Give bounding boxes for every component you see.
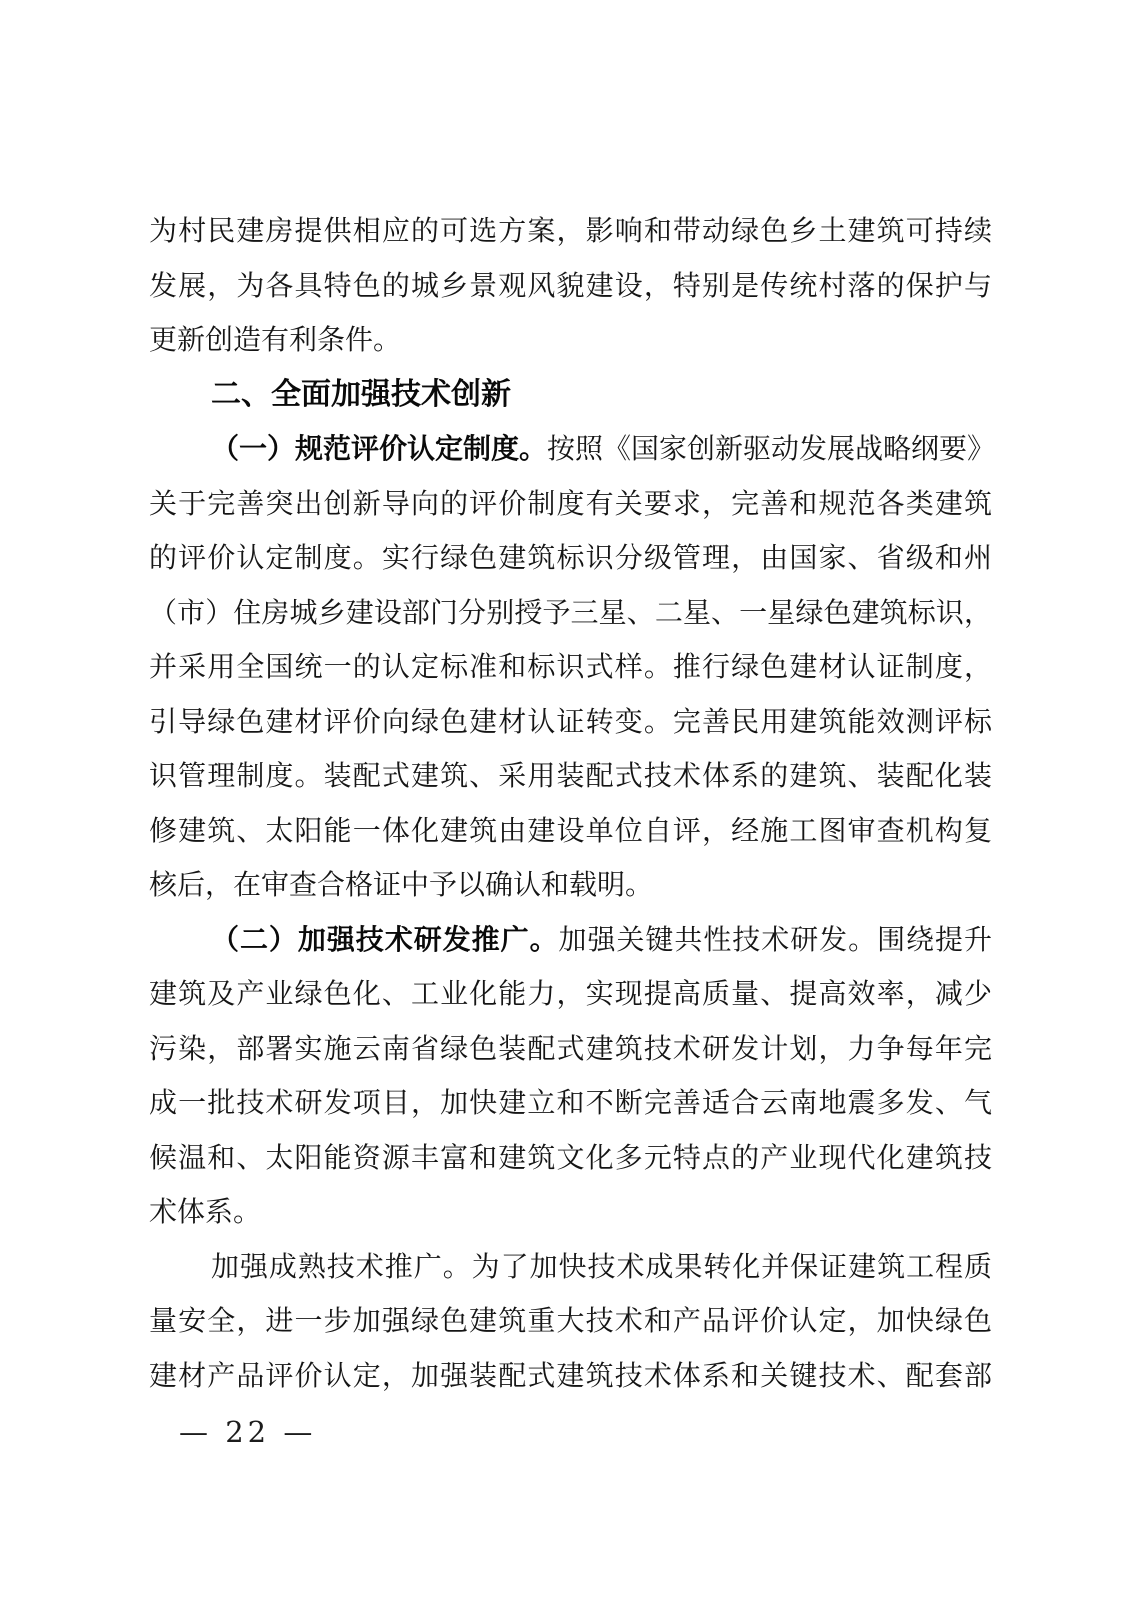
document-page: 为村民建房提供相应的可选方案，影响和带动绿色乡土建筑可持续发展，为各具特色的城乡… [0, 0, 1131, 1600]
text-line: 加强成熟技术推广。为了加快技术成果转化并保证建筑工程质 [149, 1240, 992, 1295]
paragraph: 加强成熟技术推广。为了加快技术成果转化并保证建筑工程质量安全，进一步加强绿色建筑… [149, 1240, 992, 1404]
text-line: 建材产品评价认定，加强装配式建筑技术体系和关键技术、配套部 [149, 1349, 992, 1404]
paragraph: 为村民建房提供相应的可选方案，影响和带动绿色乡土建筑可持续发展，为各具特色的城乡… [149, 204, 992, 368]
paragraph: （一）规范评价认定制度。按照《国家创新驱动发展战略纲要》关于完善突出创新导向的评… [149, 422, 992, 913]
text-line: 更新创造有利条件。 [149, 313, 992, 368]
text-line: 术体系。 [149, 1185, 992, 1240]
section-heading: 二、全面加强技术创新 [149, 368, 992, 423]
text-line: 量安全，进一步加强绿色建筑重大技术和产品评价认定，加快绿色 [149, 1294, 992, 1349]
paragraph-lead: （一）规范评价认定制度。 [211, 432, 547, 465]
text-line: （市）住房城乡建设部门分别授予三星、二星、一星绿色建筑标识， [149, 586, 992, 641]
text-line: 候温和、太阳能资源丰富和建筑文化多元特点的产业现代化建筑技 [149, 1131, 992, 1186]
text-line: 并采用全国统一的认定标准和标识式样。推行绿色建材认证制度， [149, 640, 992, 695]
text-line: 关于完善突出创新导向的评价制度有关要求，完善和规范各类建筑 [149, 477, 992, 532]
text-line: 识管理制度。装配式建筑、采用装配式技术体系的建筑、装配化装 [149, 749, 992, 804]
text-line: 发展，为各具特色的城乡景观风貌建设，特别是传统村落的保护与 [149, 259, 992, 314]
text-line: 污染，部署实施云南省绿色装配式建筑技术研发计划，力争每年完 [149, 1022, 992, 1077]
text-line: 成一批技术研发项目，加快建立和不断完善适合云南地震多发、气 [149, 1076, 992, 1131]
document-body: 为村民建房提供相应的可选方案，影响和带动绿色乡土建筑可持续发展，为各具特色的城乡… [149, 204, 992, 1403]
text-line: （一）规范评价认定制度。按照《国家创新驱动发展战略纲要》 [149, 422, 992, 477]
text-line: 的评价认定制度。实行绿色建筑标识分级管理，由国家、省级和州 [149, 531, 992, 586]
text-line: 修建筑、太阳能一体化建筑由建设单位自评，经施工图审查机构复 [149, 804, 992, 859]
page-number: — 22 — [179, 1415, 316, 1449]
paragraph: （二）加强技术研发推广。加强关键共性技术研发。围绕提升建筑及产业绿色化、工业化能… [149, 913, 992, 1240]
text-line: 为村民建房提供相应的可选方案，影响和带动绿色乡土建筑可持续 [149, 204, 992, 259]
text-line: 引导绿色建材评价向绿色建材认证转变。完善民用建筑能效测评标 [149, 695, 992, 750]
text-line: （二）加强技术研发推广。加强关键共性技术研发。围绕提升 [149, 913, 992, 968]
paragraph-lead: （二）加强技术研发推广。 [211, 923, 559, 956]
text-line: 核后，在审查合格证中予以确认和载明。 [149, 858, 992, 913]
text-line: 建筑及产业绿色化、工业化能力，实现提高质量、提高效率，减少 [149, 967, 992, 1022]
page-footer: — 22 — [179, 1414, 316, 1450]
